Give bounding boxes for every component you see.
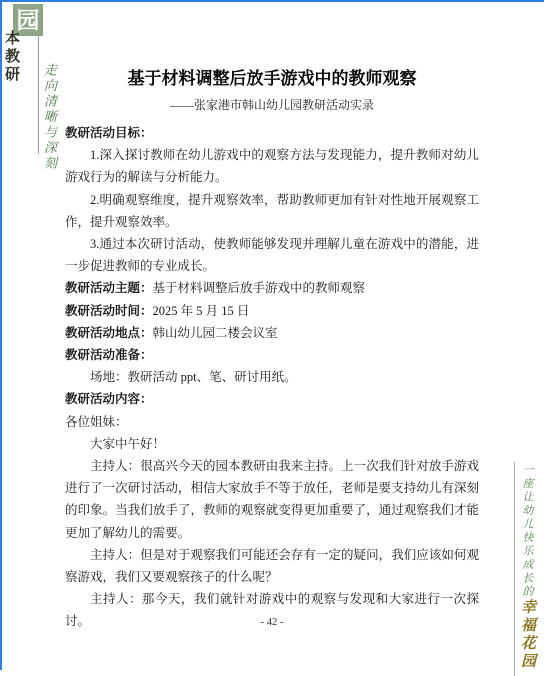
- document-paragraph: 教研活动地点：韩山幼儿园二楼会议室: [65, 322, 479, 344]
- left-slogan-vertical-text: 走向清晰与深刻: [41, 63, 57, 172]
- document-paragraph: 2.明确观察维度，提升观察效率，帮助教师更加有针对性地开展观察工作，提升观察效率…: [65, 189, 479, 233]
- document-paragraph: 场地：教研活动 ppt、笔、研讨用纸。: [65, 366, 479, 388]
- document-paragraph: 教研活动主题：基于材料调整后放手游戏中的教师观察: [65, 277, 479, 299]
- document-paragraph: 主持人：很高兴今天的园本教研由我来主持。上一次我们针对放手游戏进行了一次研讨活动…: [65, 455, 479, 544]
- left-vertical-rule: [38, 36, 39, 154]
- right-vertical-rule: [514, 462, 515, 676]
- document-subtitle: ——张家港市韩山幼儿园教研活动实录: [65, 92, 479, 118]
- document-paragraph: 教研活动目标：: [65, 122, 479, 144]
- document-title: 基于材料调整后放手游戏中的教师观察: [65, 66, 479, 92]
- logo-character: 园: [17, 9, 40, 32]
- document-paragraph: 教研活动准备：: [65, 344, 479, 366]
- right-slogan-large: 幸福花园: [519, 599, 535, 671]
- document-content: 基于材料调整后放手游戏中的教师观察 ——张家港市韩山幼儿园教研活动实录 教研活动…: [65, 66, 479, 633]
- document-body: 教研活动目标：1.深入探讨教师在幼儿游戏中的观察方法与发现能力，提升教师对幼儿游…: [65, 122, 479, 633]
- document-paragraph: 教研活动内容：: [65, 388, 479, 410]
- document-paragraph: 大家中午好！: [65, 433, 479, 455]
- document-paragraph: 教研活动时间：2025 年 5 月 15 日: [65, 300, 479, 322]
- document-paragraph: 各位姐妹：: [65, 411, 479, 433]
- document-paragraph: 主持人：但是对于观察我们可能还会存有一定的疑问，我们应该如何观察游戏，我们又要观…: [65, 544, 479, 588]
- page-number: - 42 -: [65, 616, 479, 630]
- document-page: { "page": { "border_color": "#2e7fe8", "…: [0, 0, 544, 676]
- selection-border-top: [0, 0, 544, 2]
- document-paragraph: 1.深入探讨教师在幼儿游戏中的观察方法与发现能力，提升教师对幼儿游戏行为的解读与…: [65, 144, 479, 188]
- selection-border-left: [0, 0, 2, 670]
- brand-vertical-text: 本教研: [2, 30, 19, 84]
- document-paragraph: 3.通过本次研讨活动，使教师能够发现并理解儿童在游戏中的潜能，进一步促进教师的专…: [65, 233, 479, 277]
- right-slogan-vertical-text: 一座让幼儿快乐成长的幸福花园: [517, 464, 538, 671]
- right-slogan-small: 一座让幼儿快乐成长的: [521, 464, 533, 599]
